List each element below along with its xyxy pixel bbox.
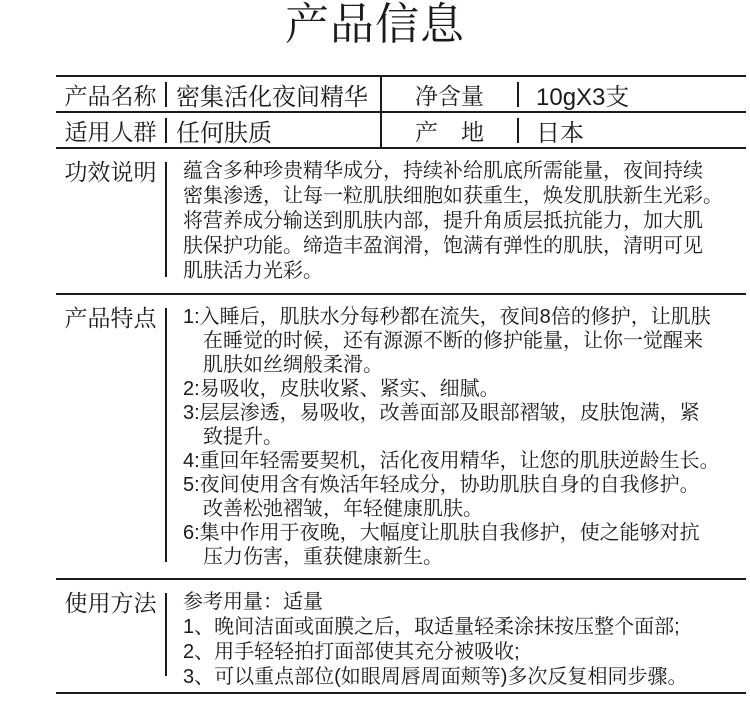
text-line: 6:集中作用于夜晚，大幅度让肌肤自我修护，使之能够对抗: [183, 521, 746, 545]
info-value-target-users: 任何肤质: [167, 113, 380, 148]
section-features: 产品特点 1:入睡后，肌肤水分每秒都在流失，夜间8倍的修护，让肌肤 在睡觉的时候…: [56, 295, 746, 580]
text-line: 密集渗透，让每一粒肌肤细胞如获重生，焕发肌肤新生光彩。: [183, 184, 746, 209]
text-line: 4:重回年轻需要契机，活化夜用精华，让您的肌肤逆龄生长。: [183, 449, 746, 473]
info-value-net-content: 10gX3支: [519, 77, 746, 112]
text-line: 致提升。: [183, 425, 746, 449]
text-line: 参考用量：适量: [183, 590, 746, 615]
info-label-net-content: 净含量: [382, 78, 517, 111]
section-efficacy: 功效说明 蕴含多种珍贵精华成分，持续补给肌底所需能量，夜间持续 密集渗透，让每一…: [56, 149, 746, 295]
text-line: 1、晚间洁面或面膜之后，取适量轻柔涂抹按压整个面部;: [183, 615, 746, 640]
section-label-features: 产品特点: [56, 295, 165, 578]
section-label-efficacy: 功效说明: [56, 149, 165, 293]
text-line: 2:易吸收，皮肤收紧、紧实、细腻。: [183, 377, 746, 401]
text-line: 3、可以重点部位(如眼周唇周面颊等)多次反复相同步骤。: [183, 665, 746, 690]
text-line: 肌肤如丝绸般柔滑。: [183, 353, 746, 377]
text-line: 1:入睡后，肌肤水分每秒都在流失，夜间8倍的修护，让肌肤: [183, 305, 746, 329]
text-line: 在睡觉的时候，还有源源不断的修护能量，让你一觉醒来: [183, 329, 746, 353]
section-usage: 使用方法 参考用量：适量 1、晚间洁面或面膜之后，取适量轻柔涂抹按压整个面部; …: [56, 580, 746, 694]
section-body-efficacy: 蕴含多种珍贵精华成分，持续补给肌底所需能量，夜间持续 密集渗透，让每一粒肌肤细胞…: [167, 149, 746, 293]
table-row-product-name: 产品名称 密集活化夜间精华 净含量 10gX3支: [56, 77, 746, 113]
text-line: 压力伤害，重获健康新生。: [183, 545, 746, 569]
table-central-divider: [380, 77, 382, 149]
text-line: 将营养成分输送到肌肤内部，提升角质层抵抗能力，加大肌: [183, 209, 746, 234]
section-body-features: 1:入睡后，肌肤水分每秒都在流失，夜间8倍的修护，让肌肤 在睡觉的时候，还有源源…: [167, 295, 746, 578]
product-info-table: 产品名称 密集活化夜间精华 净含量 10gX3支 适用人群 任何肤质 产 地 日…: [56, 75, 746, 149]
page-header: 产品信息: [0, 0, 750, 75]
section-label-usage: 使用方法: [56, 580, 165, 692]
text-line: 蕴含多种珍贵精华成分，持续补给肌底所需能量，夜间持续: [183, 159, 746, 184]
product-info-sheet: 产品名称 密集活化夜间精华 净含量 10gX3支 适用人群 任何肤质 产 地 日…: [56, 75, 746, 694]
text-line: 2、用手轻轻拍打面部使其充分被吸收;: [183, 640, 746, 665]
info-value-product-name: 密集活化夜间精华: [167, 77, 380, 112]
text-line: 改善松弛褶皱，年轻健康肌肤。: [183, 497, 746, 521]
info-label-origin: 产 地: [382, 114, 517, 147]
info-label-product-name: 产品名称: [56, 78, 165, 111]
page-title: 产品信息: [285, 0, 465, 49]
table-row-target-users: 适用人群 任何肤质 产 地 日本: [56, 113, 746, 149]
info-value-origin: 日本: [519, 113, 746, 148]
text-line: 5:夜间使用含有焕活年轻成分，协助肌肤自身的自我修护。: [183, 473, 746, 497]
text-line: 3:层层渗透，易吸收，改善面部及眼部褶皱，皮肤饱满，紧: [183, 401, 746, 425]
info-label-target-users: 适用人群: [56, 114, 165, 147]
text-line: 肤保护功能。缔造丰盈润滑，饱满有弹性的肌肤，清明可见: [183, 234, 746, 259]
section-body-usage: 参考用量：适量 1、晚间洁面或面膜之后，取适量轻柔涂抹按压整个面部; 2、用手轻…: [167, 580, 746, 692]
text-line: 肌肤活力光彩。: [183, 259, 746, 284]
